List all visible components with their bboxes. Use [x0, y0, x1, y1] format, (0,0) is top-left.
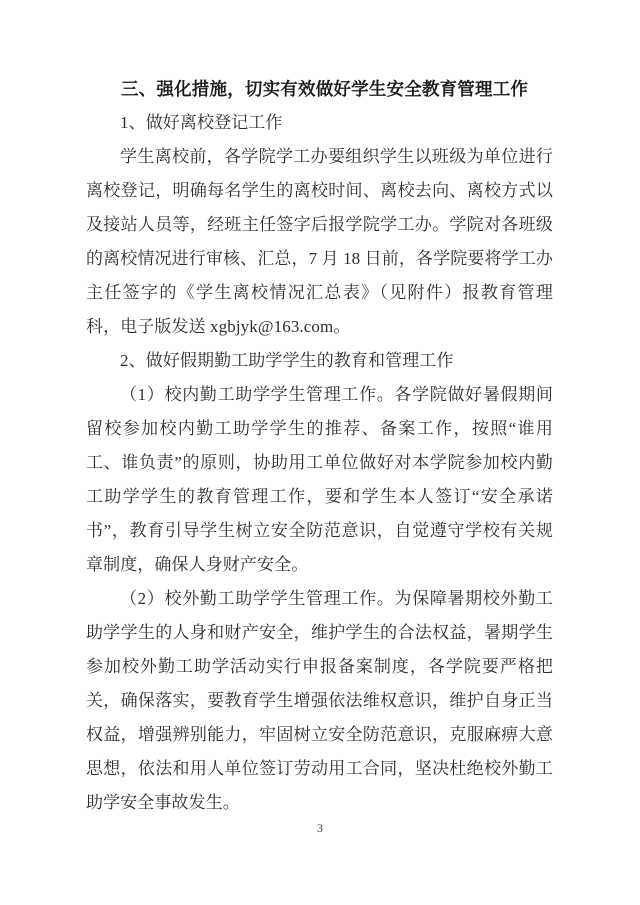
paragraph-1: 1、做好离校登记工作	[86, 106, 553, 140]
paragraph-5: （2）校外勤工助学学生管理工作。为保障暑期校外勤工助学学生的人身和财产安全，维护…	[86, 582, 553, 820]
paragraph-3: 2、做好假期勤工助学学生的教育和管理工作	[86, 344, 553, 378]
paragraph-2: 学生离校前，各学院学工办要组织学生以班级为单位进行离校登记，明确每名学生的离校时…	[86, 140, 553, 344]
section-heading: 三、强化措施，切实有效做好学生安全教育管理工作	[86, 72, 553, 106]
document-page: 三、强化措施，切实有效做好学生安全教育管理工作 1、做好离校登记工作学生离校前，…	[0, 0, 640, 905]
page-number: 3	[0, 820, 640, 836]
document-body: 1、做好离校登记工作学生离校前，各学院学工办要组织学生以班级为单位进行离校登记，…	[86, 106, 553, 820]
paragraph-4: （1）校内勤工助学学生管理工作。各学院做好暑假期间留校参加校内勤工助学学生的推荐…	[86, 378, 553, 582]
